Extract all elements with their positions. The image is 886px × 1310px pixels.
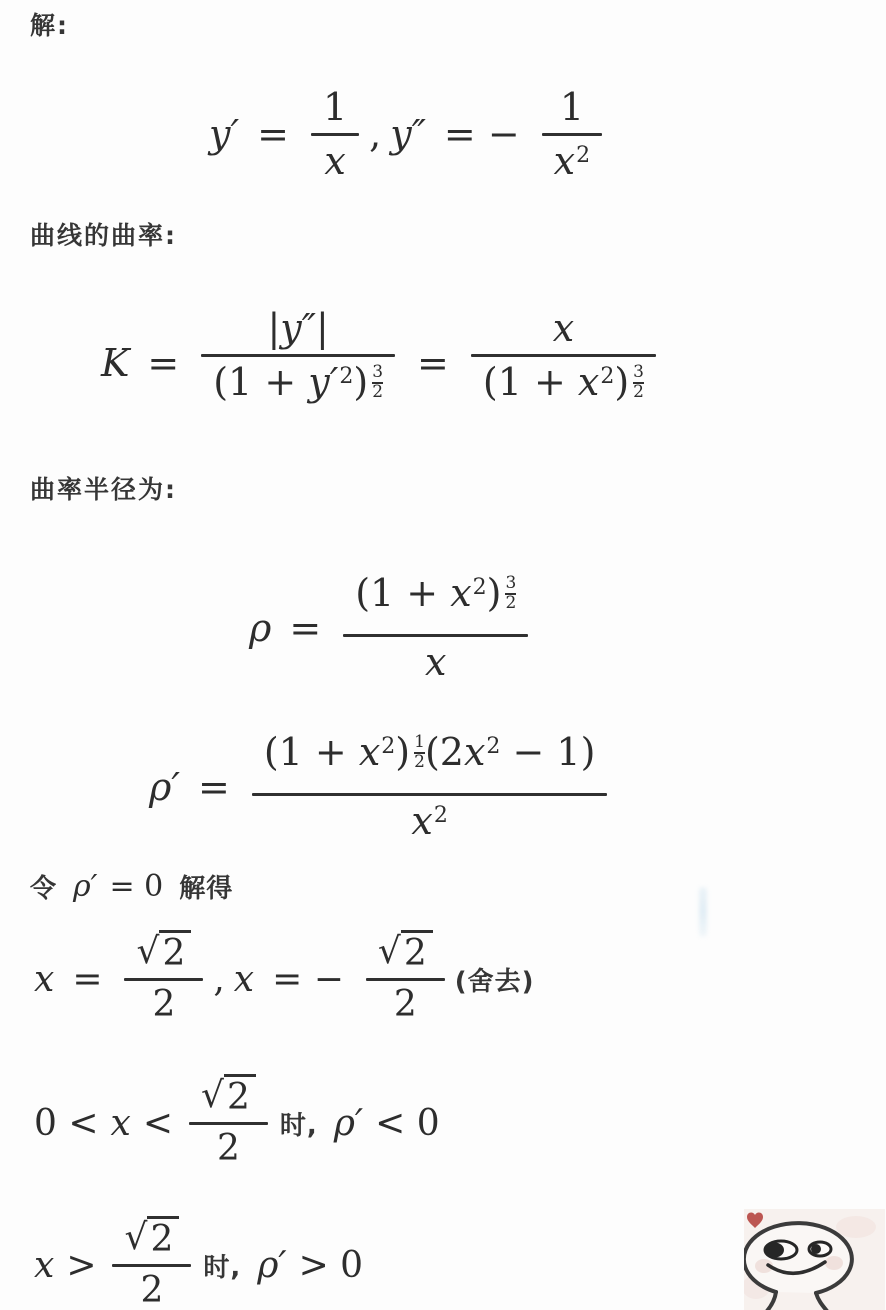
paren-close: ) <box>487 571 502 615</box>
radius-equation: ρ=(1 + x2)32x <box>243 568 538 688</box>
fraction-denominator: x <box>413 637 458 688</box>
rho-variable: ρ <box>249 606 271 650</box>
paren-close: ) <box>353 360 368 404</box>
paren-open: (1 + <box>264 730 359 774</box>
fraction-denominator: 2 <box>140 981 187 1029</box>
fraction-numerator: (1 + x2)32 <box>343 568 528 634</box>
rho-prime-variable: ρ′ <box>73 869 97 904</box>
radical-sign: √ <box>378 931 401 973</box>
smirking-doodle-face-image <box>744 1209 885 1310</box>
fraction-denominator: x2 <box>542 136 602 187</box>
exp-denominator: 2 <box>414 754 425 772</box>
abs-bar: | <box>267 306 280 350</box>
y-prime: y′ <box>209 112 239 156</box>
exponent-2: 2 <box>381 734 395 759</box>
x-variable: x <box>34 1245 54 1286</box>
curvature-heading: 曲线的曲率: <box>30 216 177 252</box>
rho-prime-variable: ρ′ <box>257 1245 286 1286</box>
exponent-three-halves: 32 <box>633 364 644 402</box>
exp-numerator: 3 <box>372 364 383 382</box>
x-variable: x <box>111 1103 131 1144</box>
fraction-one-over-x-squared: 1x2 <box>542 82 602 187</box>
greater-than-zero: > 0 <box>299 1245 364 1286</box>
radical-sign: √ <box>136 931 159 973</box>
let-rho-zero-line: 令ρ′= 0解得 <box>30 868 243 905</box>
radicand: 2 <box>401 930 433 974</box>
curvature-fraction-x: x(1 + x2)32 <box>471 303 656 423</box>
K-variable: K <box>101 341 129 385</box>
x-variable: x <box>578 360 599 404</box>
rho-prime-variable: ρ′ <box>334 1103 363 1144</box>
minus-one-close: − 1) <box>500 730 595 774</box>
right-blush <box>825 1256 843 1270</box>
rho-prime-variable: ρ′ <box>149 765 180 809</box>
meme-sticker <box>744 1209 885 1310</box>
exponent-three-halves: 32 <box>372 364 383 402</box>
article-page: { "page": { "bg": "#fdfdfd", "ink": "#2b… <box>0 0 886 1310</box>
left-pupil <box>766 1243 784 1258</box>
fraction-numerator: |y″| <box>255 303 340 354</box>
fraction-numerator: √2 <box>366 930 445 978</box>
exp-denominator: 2 <box>372 384 383 402</box>
fraction-denominator: (1 + x2)32 <box>471 357 656 423</box>
x-variable: x <box>450 571 471 615</box>
x-variable: x <box>34 959 54 1000</box>
curvature-fraction-y: |y″|(1 + y′2)32 <box>201 303 395 423</box>
fraction-denominator: x <box>312 136 357 187</box>
solution-label: 解: <box>30 6 69 42</box>
first-derivatives-equation: y′=1x,y″= −1x2 <box>203 82 612 187</box>
less-than-sign: < <box>143 1103 173 1144</box>
paren-close: ) <box>395 730 410 774</box>
exponent-three-halves: 32 <box>505 575 516 613</box>
equals-sign: = <box>257 112 289 156</box>
radius-derivative-fraction: (1 + x2)12(2x2 − 1)x2 <box>252 727 608 847</box>
paren-close: ) <box>614 360 629 404</box>
radical-sign: √ <box>201 1075 224 1117</box>
paren-open: (1 + <box>483 360 578 404</box>
fraction-numerator: 1 <box>548 82 596 133</box>
y-prime: y′ <box>308 360 338 404</box>
y-double-prime: y″ <box>280 306 316 350</box>
curvature-equation: K=|y″|(1 + y′2)32=x(1 + x2)32 <box>95 303 666 423</box>
radicand: 2 <box>224 1074 256 1118</box>
x-variable: x <box>359 730 380 774</box>
when-label: 时, <box>280 1105 318 1142</box>
fraction-numerator: 1 <box>311 82 359 133</box>
paren-open: (1 + <box>355 571 450 615</box>
exponent-2: 2 <box>576 143 590 168</box>
radius-fraction: (1 + x2)32x <box>343 568 528 688</box>
exp-numerator: 1 <box>414 734 425 752</box>
zero-less-than: 0 < <box>34 1103 99 1144</box>
sqrt2-over-2-fraction: √22 <box>112 1216 191 1310</box>
sqrt2-over-2-fraction: √22 <box>366 930 445 1030</box>
sqrt2-over-2-fraction: √22 <box>189 1074 268 1174</box>
fraction-numerator: √2 <box>112 1216 191 1264</box>
radicand: 2 <box>159 930 191 974</box>
exponent-2: 2 <box>473 575 487 600</box>
fraction-denominator: x2 <box>399 796 459 847</box>
exp-numerator: 3 <box>505 575 516 593</box>
paren-open-2x: (2 <box>425 730 464 774</box>
sqrt2-over-2-fraction: √22 <box>124 930 203 1030</box>
exp-denominator: 2 <box>505 595 516 613</box>
comma: , <box>369 112 381 156</box>
less-than-zero: < 0 <box>375 1103 440 1144</box>
x-variable: x <box>411 799 432 843</box>
equals-sign: = <box>289 606 321 650</box>
fraction-numerator: x <box>541 303 586 354</box>
interval-positive-line: x>√22时,ρ′> 0 <box>28 1216 369 1310</box>
fraction-denominator: 2 <box>205 1125 252 1173</box>
interval-negative-line: 0 <x<√22时,ρ′< 0 <box>28 1074 446 1174</box>
fraction-denominator: 2 <box>128 1267 175 1310</box>
let-prefix-label: 令 <box>30 868 57 905</box>
x-variable: x <box>554 139 575 183</box>
exponent-2: 2 <box>434 803 448 828</box>
fraction-numerator: √2 <box>189 1074 268 1122</box>
fraction-denominator: 2 <box>382 981 429 1029</box>
equals-zero: = 0 <box>109 869 163 904</box>
exponent-2: 2 <box>600 364 614 389</box>
equals-sign: = <box>72 959 102 1000</box>
fraction-one-over-x: 1x <box>311 82 359 187</box>
exponent-one-half: 12 <box>414 734 425 772</box>
solve-suffix-label: 解得 <box>179 868 233 905</box>
render-artifact-streak <box>699 887 707 937</box>
exponent-2: 2 <box>486 734 500 759</box>
fraction-numerator: √2 <box>124 930 203 978</box>
exp-numerator: 3 <box>633 364 644 382</box>
radicand: 2 <box>147 1216 179 1260</box>
x-variable: x <box>464 730 485 774</box>
fraction-denominator: (1 + y′2)32 <box>201 357 395 423</box>
radius-derivative-equation: ρ′=(1 + x2)12(2x2 − 1)x2 <box>143 727 617 847</box>
y-double-prime: y″ <box>390 112 426 156</box>
comma: , <box>213 959 224 1000</box>
radius-heading: 曲率半径为: <box>30 470 177 506</box>
when-label: 时, <box>203 1247 241 1284</box>
paper-smudge <box>836 1216 876 1238</box>
right-pupil <box>811 1244 821 1254</box>
equals-sign: = <box>198 765 230 809</box>
greater-than-sign: > <box>66 1245 96 1286</box>
paren-open: (1 + <box>213 360 308 404</box>
radical-sign: √ <box>124 1217 147 1259</box>
equals-minus-sign: = − <box>272 959 344 1000</box>
exponent-2: 2 <box>339 364 353 389</box>
x-variable: x <box>234 959 254 1000</box>
fraction-numerator: (1 + x2)12(2x2 − 1) <box>252 727 608 793</box>
equals-sign: = <box>417 341 449 385</box>
critical-points-equation: x=√22,x= −√22(舍去) <box>28 930 545 1030</box>
abs-bar: | <box>316 306 329 350</box>
equals-minus-sign: = − <box>444 112 520 156</box>
discard-note: (舍去) <box>455 961 535 998</box>
exp-denominator: 2 <box>633 384 644 402</box>
equals-sign: = <box>147 341 179 385</box>
